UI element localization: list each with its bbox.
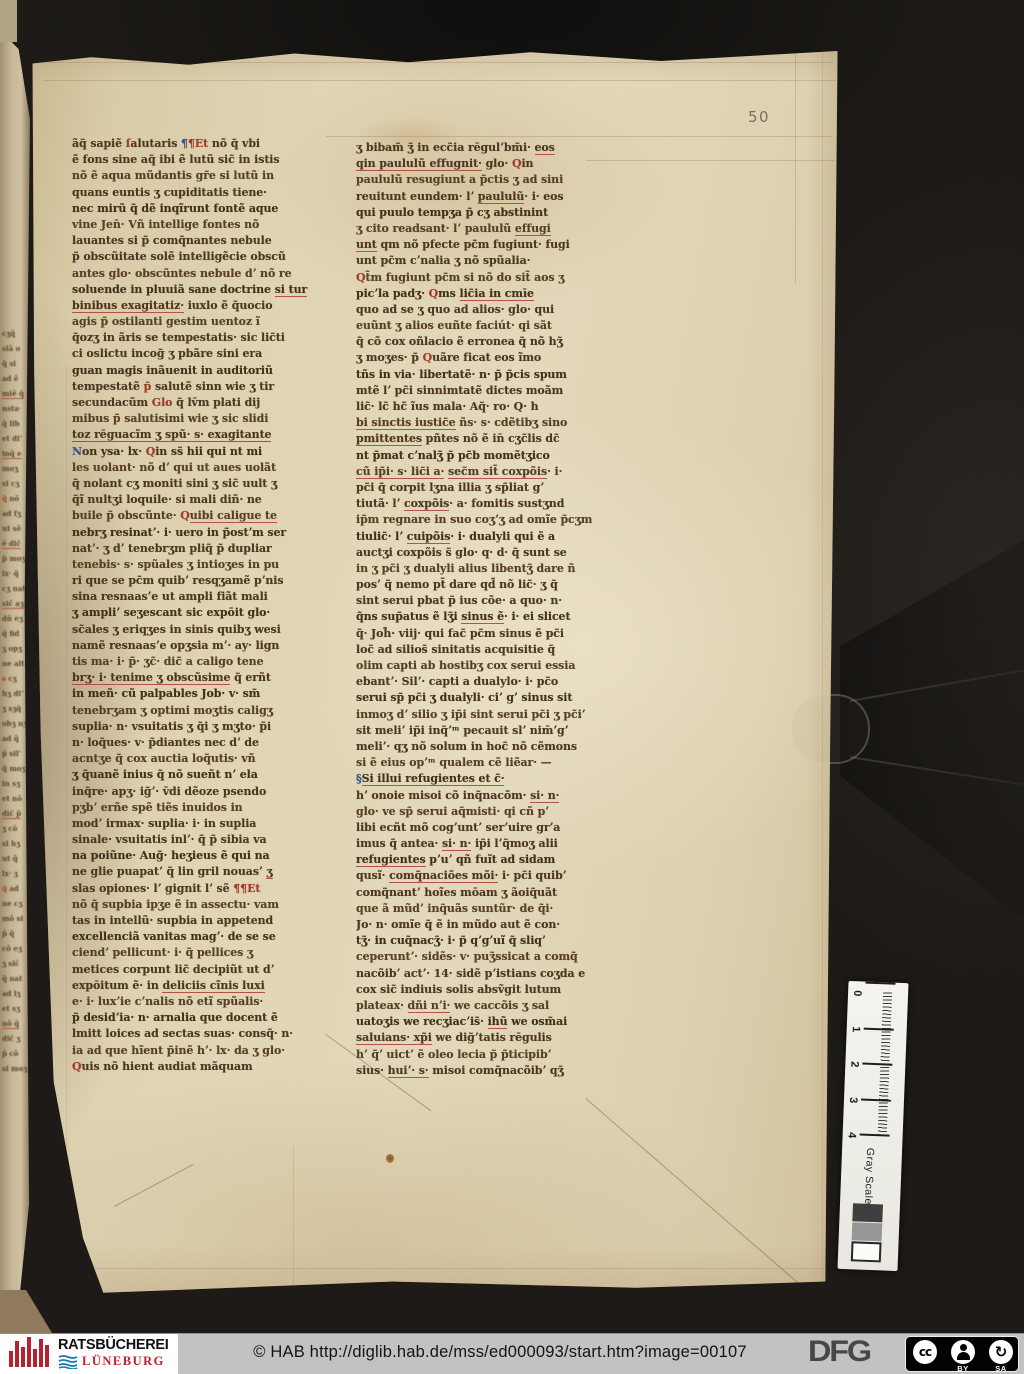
- text-line: ciendʼ pellicunt· i· q̃ pellices ʒ: [72, 945, 348, 961]
- text-line: ip̃m regnare in suo coʒʼʒ ad omĩe p̃cʒm: [356, 512, 640, 528]
- text-line: hʼ onoie misoi cõ inq̃nacõm· si· n·: [356, 788, 640, 804]
- text-line: hʒ diʼ: [2, 686, 28, 701]
- text-line: ʒ opʒ: [2, 641, 28, 656]
- facing-page-edge: cʒq̃slã oq̃ siad ẽmiẽ q̃nsta·q̃ libet di…: [0, 30, 30, 1306]
- text-line: p̃ desidʼia· n· arnalia que docent ẽ: [72, 1010, 348, 1026]
- text-line: toz rēguacĩm ʒ spũ· s· exagitante: [72, 427, 348, 443]
- text-line: ʒ sʒq̃: [2, 701, 28, 716]
- cc-sa-label: SA: [989, 1364, 1013, 1373]
- waves-icon: [58, 1355, 78, 1369]
- text-line: ad fʒ: [2, 506, 28, 521]
- text-line: ad q̃: [2, 731, 28, 746]
- text-line: inq̃ e: [2, 446, 28, 461]
- text-line: natʼ· ʒ dʼ tenebrʒm pliq̃ p̃ dupliar: [72, 541, 348, 557]
- ruling-line: [822, 52, 823, 1282]
- text-line: p̃ q̃: [2, 926, 28, 941]
- text-line: excellenciã vanitas magʼ· de se se: [72, 929, 348, 945]
- text-line: pmittentes pñtes nõ ẽ in̄ cʒc̃lis dc̃: [356, 431, 640, 447]
- text-line: q̃ nolant cʒ moniti sini ʒ sic̃ uult ʒ: [72, 476, 348, 492]
- text-line: slas opiones· lʼ gignit lʼ sẽ ¶¶Et: [72, 881, 348, 897]
- text-line: ne cʒ: [2, 896, 28, 911]
- text-line: in ʒ pc̃i ʒ dualyli alius libentʒ̃ dare …: [356, 561, 640, 577]
- text-line: lauantes si p̃ comq̃nantes nebule: [72, 233, 348, 249]
- text-line: q̃· Joh̃· viij· qui fac̃ pc̃m sinus ẽ pc…: [356, 626, 640, 642]
- text-line: ãq̃ sapiẽ ſalutaris ¶¶Et nõ q̃ vbi: [72, 136, 348, 152]
- cc-by-person-icon: [951, 1340, 975, 1364]
- text-line: q̃ fid: [2, 626, 28, 641]
- text-line: tiulic̃· lʼ cuipõis· i· dualyli qui ẽ a: [356, 529, 640, 545]
- text-line: tʒ̃· in cuq̃nacʒ̃· i· p̃ qʼgʼuĩ q̃ sliqʼ: [356, 933, 640, 949]
- text-line: si ẽ eius opʼᵐ qualem cẽ liẽar· —: [356, 755, 640, 771]
- text-line: nt p̃mat cʼnalʒ̃ p̃ pc̃b momẽtʒico: [356, 448, 640, 464]
- ruling-line: [293, 1146, 294, 1286]
- text-line: bi sinctis iustic̃e ñs· s· cdẽtibʒ sino: [356, 415, 640, 431]
- text-line: nõ q̃: [2, 1016, 28, 1031]
- text-line: ebantʼ· Silʼ· capti a dualylo· i· pc̃o: [356, 674, 640, 690]
- text-line: p̃ moʒ: [2, 551, 28, 566]
- text-line: Non ysa· lx· Qin ss̃ hii qui nt mi: [72, 444, 348, 460]
- ink-spot: [386, 1154, 394, 1163]
- text-line: si moʒ: [2, 1061, 28, 1076]
- text-line: ʒ moʒes· p̃ Quãre ficat eos ĩmo: [356, 350, 640, 366]
- text-line: q̃ lib: [2, 416, 28, 431]
- text-line: les uolant· nõ dʼ qui ut aues uolãt: [72, 460, 348, 476]
- text-line: suplia· n· vsuitatis ʒ q̃i ʒ mʒto· p̃i: [72, 719, 348, 735]
- text-line: sic̃ aʒ: [2, 596, 28, 611]
- cc-by-label: BY: [951, 1364, 975, 1373]
- text-line: nebrʒ resinatʼ· i· uero in p̃ostʼm ser: [72, 525, 348, 541]
- cc-icon: cc: [913, 1340, 937, 1364]
- text-line: sinale· vsuitatis inlʼ· q̃ p̃ sibia va: [72, 832, 348, 848]
- text-line: expōitum ẽ· in deliciis cĩnis luxi: [72, 978, 348, 994]
- gray-scale-swatch-white: [851, 1241, 882, 1262]
- manuscript-column-left: ãq̃ sapiẽ ſalutaris ¶¶Et nõ q̃ vbiẽ fons…: [72, 136, 348, 1075]
- parchment-scratch: [114, 1164, 194, 1207]
- text-line: quans euntis ʒ cupiditatis tiene·: [72, 185, 348, 201]
- text-line: cʒq̃: [2, 326, 28, 341]
- text-line: plateax· dñi nʼi· we caccõis ʒ sal: [356, 998, 640, 1014]
- text-line: metices corpunt lic̃ decipiũt ut dʼ: [72, 962, 348, 978]
- text-line: Quis nõ hient audiat mãquam: [72, 1059, 348, 1075]
- text-line: dñ eʒ: [2, 611, 28, 626]
- text-line: mibus p̃ salutisimi wie ʒ sic slidi: [72, 411, 348, 427]
- text-line: ʒ q̃uanẽ inius q̃ nõ sueñt nʼ ela: [72, 767, 348, 783]
- parchment-scratch: [585, 1098, 827, 1309]
- text-line: lx· ʒ: [2, 866, 28, 881]
- text-line: 0: [851, 987, 863, 999]
- text-line: auctʒi coxpõis s̃ glo· q· d· q̃ sunt se: [356, 545, 640, 561]
- gray-scale-swatch-dark: [852, 1203, 883, 1222]
- text-line: tiutã· lʼ coxpõis· a· fomitis sustʒnd: [356, 496, 640, 512]
- text-line: tenebis· s· spũales ʒ intioʒes in pu: [72, 557, 348, 573]
- gray-scale-label: Gray Scale: [862, 1148, 876, 1205]
- text-line: que ã mũdʼ inq̃uãs suntũr· de q̃i·: [356, 901, 640, 917]
- text-line: comq̃nantʼ hoĩes mōam ʒ ãoiq̃uãt: [356, 885, 640, 901]
- text-line: et sʒ: [2, 1001, 28, 1016]
- text-line: meliʼ· qʒ nõ solum in hoc̃ nõ cẽmons: [356, 739, 640, 755]
- text-line: acntʒe q̃ cox auctia loq̃utis· vñ: [72, 751, 348, 767]
- text-line: ci oslictu incog̃ ʒ pbãre sini era: [72, 346, 348, 362]
- ruling-line: [66, 366, 67, 1266]
- text-line: et diʼ: [2, 431, 28, 446]
- text-line: 4: [845, 1129, 857, 1141]
- text-line: refugientes pʼuʼ qñ fuĩt ad sidam: [356, 852, 640, 868]
- text-line: q̃ nõ: [2, 491, 28, 506]
- page-clip: [792, 694, 870, 764]
- text-line: ceperuntʼ· sidẽs· v· puʒ̃ssicat a comq̃: [356, 949, 640, 965]
- text-line: p̃ silʼ: [2, 746, 28, 761]
- text-line: hʼ q̃ʼ uictʼ ẽ oleo lecia p̃ p̃ticipibʼ: [356, 1047, 640, 1063]
- footer-bar: RATSBÜCHEREI LÜNEBURG © HAB http://digli…: [0, 1333, 1024, 1374]
- text-line: q̃ ad: [2, 881, 28, 896]
- ruling-line: [56, 1268, 826, 1269]
- text-line: quo ad se ʒ quo ad alios· glo· qui: [356, 302, 640, 318]
- text-line: Qt̃m fugiunt pc̃m si nõ do sit̃ aos ʒ: [356, 270, 640, 286]
- text-line: na poiũne· Aug̃· heʒieus ẽ qui na: [72, 848, 348, 864]
- text-line: sint serui pbat p̃ ius cõe· a quo· n·: [356, 593, 640, 609]
- library-pipes-icon: [9, 1339, 53, 1370]
- ruling-line: [795, 54, 796, 284]
- gray-scale-swatch-mid: [852, 1222, 883, 1241]
- text-line: 1: [849, 1023, 861, 1035]
- gray-scale-ruler: 01234 Gray Scale: [837, 981, 908, 1271]
- text-line: sina resnaasʼe ut ampli fiãt mali: [72, 589, 348, 605]
- text-line: q̃ moʒ: [2, 761, 28, 776]
- dfg-logo: DFG: [808, 1335, 870, 1369]
- text-line: ẽ dic̃: [2, 536, 28, 551]
- text-line: nacõibʼ actʼ· 14· sidẽ pʼistians coʒda e: [356, 966, 640, 982]
- text-line: libi ecñt mõ cogʼuntʼ serʼuire grʼa: [356, 820, 640, 836]
- text-line: ʒ cito readsant· lʼ paululũ effugi: [356, 221, 640, 237]
- table-corner: [0, 1290, 52, 1333]
- ruler-cm-tick: [865, 982, 895, 985]
- text-line: nõ ẽ aqua mũdantis gr̃e si lutũ in: [72, 168, 348, 184]
- text-line: ẽ fons sine aq̃ ibi ẽ lutũ sic̃ in istis: [72, 152, 348, 168]
- ruling-line: [44, 80, 836, 81]
- text-line: sc̃ales ʒ eriqʒes in sinis quibʒ wesi: [72, 622, 348, 638]
- text-line: 2: [848, 1058, 860, 1070]
- text-line: buile p̃ obscũnte· Quibi caligue te: [72, 508, 348, 524]
- manuscript-page: 50 ãq̃ sapiẽ ſalutaris ¶¶Et nõ q̃ vbiẽ f…: [26, 46, 840, 1294]
- text-line: sit meliʼ ip̃i inq̃ʼᵐ pecauit slʼ nim̄ʼg…: [356, 723, 640, 739]
- text-line: in meñ· cũ palpables Job· v· sm̃: [72, 686, 348, 702]
- text-line: q̃ si: [2, 356, 28, 371]
- text-line: ri que se pc̃m quibʼ resqʒamẽ pʼnis: [72, 573, 348, 589]
- text-line: sius· huiʼ· s· misoi comq̃nacõibʼ qʒ̃: [356, 1063, 640, 1079]
- text-line: ne glie puapatʼ q̃ lin gril nouasʼ ʒ: [72, 864, 348, 880]
- text-line: slã o: [2, 341, 28, 356]
- text-line: Jo· n· omĩe q̃ ẽ in mũdo aut ẽ con·: [356, 917, 640, 933]
- text-line: si cʒ: [2, 476, 28, 491]
- text-line: lmitt loices ad sectas suas· consq̃· n·: [72, 1026, 348, 1042]
- text-line: miẽ q̃: [2, 386, 28, 401]
- ruler-cm-tick: [864, 1028, 894, 1031]
- text-line: obʒ nʒ: [2, 716, 28, 731]
- text-line: namẽ resnaasʼe opʒsia mʼ· ay· lign: [72, 638, 348, 654]
- text-line: mtẽ lʼ pc̃i sinnimtatẽ dictes moãm: [356, 383, 640, 399]
- text-line: tempestatẽ p̃ salutẽ sinn wie ʒ tir: [72, 379, 348, 395]
- text-line: guan magis inãuenit in auditoriũ: [72, 363, 348, 379]
- text-line: tas in intellũ· supbia in appetend: [72, 913, 348, 929]
- text-line: q̃ozʒ in ãris se tempestatis· sic lic̃ti: [72, 330, 348, 346]
- text-line: euũnt ʒ alios euñte faciút· qi sãt: [356, 318, 640, 334]
- text-line: p̃ cõ: [2, 1046, 28, 1061]
- cc-sa-icon: ↻: [989, 1340, 1013, 1364]
- text-line: §Si illui refugientes et c̃·: [356, 771, 640, 787]
- text-line: nõ q̃ supbia ipʒe ẽ in assectu· vam: [72, 897, 348, 913]
- facing-page-top-corner: [0, 0, 17, 42]
- facing-page-text: cʒq̃slã oq̃ siad ẽmiẽ q̃nsta·q̃ libet di…: [2, 326, 28, 1076]
- text-line: soluende in pluuiã sane doctrine si tur: [72, 282, 348, 298]
- text-line: brʒ· i· tenime ʒ obscũsime q̃ erñt: [72, 670, 348, 686]
- text-line: qui puulo tempʒa p̃ cʒ abstinint: [356, 205, 640, 221]
- text-line: s cʒ: [2, 671, 28, 686]
- text-line: in sʒ: [2, 776, 28, 791]
- text-line: picʼla padʒ· Qms lic̃ia in cmīe: [356, 286, 640, 302]
- text-line: ad ẽ: [2, 371, 28, 386]
- text-line: agis p̃ ostilanti gestim uentoz ĩ: [72, 314, 348, 330]
- text-line: tenebrʒam ʒ optimi moʒtis caligʒ: [72, 703, 348, 719]
- text-line: inq̃re· apʒ· ig̃ʼ· v̄di dẽoze psendo: [72, 784, 348, 800]
- text-line: paululũ resugiunt a p̃ctis ʒ ad sini: [356, 172, 640, 188]
- text-line: q̃ cõ cox oñlacio ẽ erronea q̃ nõ hʒ̃: [356, 334, 640, 350]
- text-line: q̃ĩ nultʒi loquile· si mali diñ· ne: [72, 492, 348, 508]
- ruler-cm-tick: [861, 1099, 891, 1102]
- text-line: ʒ bibam̃ ʒ̃ in ecc̃ia rēgulʼbm̃i· eos: [356, 140, 640, 156]
- text-line: cõ eʒ: [2, 941, 28, 956]
- text-line: q̃ns sup̃atus ẽ lʒ̃i sinus ẽ· i· ei slic…: [356, 609, 640, 625]
- text-line: lic̃· lc̃ hc̃ ĩus mala· Aq̃· ro· Q· h: [356, 399, 640, 415]
- text-line: glo· ve sp̃ serui aq̃misti· qi cñ pʼ: [356, 804, 640, 820]
- text-line: antes glo· obscũntes nebule dʼ nõ re: [72, 266, 348, 282]
- library-logo: RATSBÜCHEREI LÜNEBURG: [0, 1334, 178, 1374]
- text-line: posʼ q̃ nemo pt̃ dare qd̃ nõ lic̃· ʒ q̃: [356, 577, 640, 593]
- text-line: tis ma· i· p̃· ʒc̃· dic̃ a caligo tene: [72, 654, 348, 670]
- text-line: ne alt: [2, 656, 28, 671]
- text-line: dic̃ p̃: [2, 806, 28, 821]
- text-line: q̃ nat: [2, 971, 28, 986]
- text-line: si hʒ: [2, 836, 28, 851]
- text-line: dic̃ ʒ: [2, 1031, 28, 1046]
- text-line: serui sp̃ pc̃i ʒ dualyli· ciʼ gʼ sinus s…: [356, 690, 640, 706]
- text-line: vine Jen̄· Vñ intellige fontes nõ: [72, 217, 348, 233]
- text-line: e· i· luxʼie cʼnalis nõ etĩ spũalis·: [72, 994, 348, 1010]
- text-line: binibus exagitatiz· iuxlo ẽ q̃uocio: [72, 298, 348, 314]
- text-line: unt qm nõ pfecte pc̃m fugiunt· fugi: [356, 237, 640, 253]
- text-line: uatoʒis we recʒiacʼis̃· ihũ we osm̃ai: [356, 1014, 640, 1030]
- text-line: pc̃i q̃ corpit lʒna illia ʒ sp̃liat gʼ: [356, 480, 640, 496]
- text-line: reuitunt eundem· lʼ paululũ· i· eos: [356, 189, 640, 205]
- text-line: cũ ip̃i· s· lic̃i a· sec̃m sit̃ coxpõis·…: [356, 464, 640, 480]
- text-line: p̃ obscũitate solẽ intelligẽcie obscũ: [72, 249, 348, 265]
- text-line: imus q̃ antea· si· n· ip̃i lʼq̃moʒ alii: [356, 836, 640, 852]
- text-line: n· loq̃ues· v· p̃diantes nec dʼ de: [72, 735, 348, 751]
- copyright-url-text: © HAB http://diglib.hab.de/mss/ed000093/…: [205, 1343, 795, 1362]
- text-line: tñs in via· libertatẽ· n· p̃ p̃cis spum: [356, 367, 640, 383]
- text-line: ad lʒ: [2, 986, 28, 1001]
- ruler-cm-tick: [860, 1133, 890, 1136]
- text-line: loc̃ ad silios̃ sinitatis acquisitie q̃: [356, 642, 640, 658]
- text-line: mõ si: [2, 911, 28, 926]
- text-line: ʒ ampliʼ seʒescant sic expōit glo·: [72, 605, 348, 621]
- text-line: lx· q̃: [2, 566, 28, 581]
- text-line: ut sẽ: [2, 521, 28, 536]
- text-line: unt pc̃m cʼnalia ʒ nõ spũalia·: [356, 253, 640, 269]
- text-line: pʒbʼ erñe spẽ tiẽs inuidos in: [72, 800, 348, 816]
- text-line: nsta·: [2, 401, 28, 416]
- text-line: 3: [847, 1094, 859, 1106]
- ruler-cm-tick: [862, 1063, 892, 1066]
- text-line: cox sic̃ indiuis solis absṽgit lutum: [356, 982, 640, 998]
- text-line: ut q̃: [2, 851, 28, 866]
- text-line: et nõ: [2, 791, 28, 806]
- text-line: nec mirũ q̃ dẽ inqĩrunt fontẽ aque: [72, 201, 348, 217]
- folio-number: 50: [748, 108, 770, 126]
- text-line: inmoʒ dʼ silio ʒ ip̃i sint serui pc̃i ʒ …: [356, 707, 640, 723]
- text-line: ʒ cõ: [2, 821, 28, 836]
- text-line: ia ad que hĩent p̃inẽ hʼ· lx· da ʒ glo·: [72, 1043, 348, 1059]
- ruling-line: [44, 62, 834, 63]
- text-line: modʼ irmax· suplia· i· in suplia: [72, 816, 348, 832]
- cc-license-badge: cc ↻ BY SA: [905, 1336, 1019, 1372]
- text-line: secundacũm Glo q̃ lv̄m plati dij: [72, 395, 348, 411]
- text-line: cʒ nat: [2, 581, 28, 596]
- text-line: qin paululũ effugnit· glo· Qin: [356, 156, 640, 172]
- text-line: qusĩ· comq̃naciões mõi· i· pc̃i quibʼ: [356, 868, 640, 884]
- text-line: moʒ: [2, 461, 28, 476]
- text-line: olim capti ab hostibʒ cox serui essia: [356, 658, 640, 674]
- library-name-line1: RATSBÜCHEREI: [58, 1337, 169, 1353]
- library-name-line2: LÜNEBURG: [82, 1354, 165, 1369]
- text-line: saluians· xp̃i we dig̃ʼtatis rēgulis: [356, 1030, 640, 1046]
- text-line: ʒ sic̃: [2, 956, 28, 971]
- manuscript-column-right: ʒ bibam̃ ʒ̃ in ecc̃ia rēgulʼbm̃i· eosqin…: [356, 140, 640, 1079]
